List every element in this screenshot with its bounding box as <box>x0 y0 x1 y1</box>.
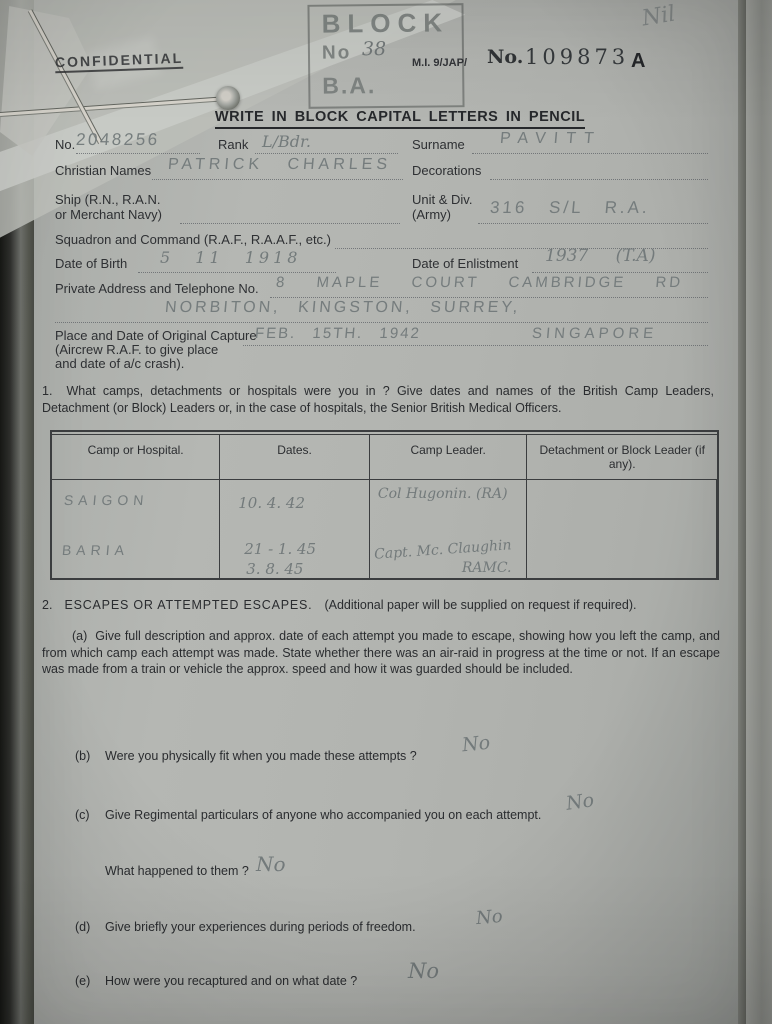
item-e-label: (e) <box>75 973 90 990</box>
fill-line <box>270 296 708 298</box>
reference-no-label: No. <box>487 46 523 68</box>
item-d-answer: No <box>475 906 503 929</box>
leader-entry: Capt. Mc. Claughin <box>373 537 511 563</box>
column-header-camp: Camp or Hospital. <box>52 435 220 480</box>
camp-entry: SAIGON <box>63 492 149 508</box>
fill-line <box>532 271 708 273</box>
cell-camp-or-hospital: SAIGON BARIA <box>52 480 220 578</box>
capture-date-value: FEB. 15TH. 1942 <box>254 325 421 342</box>
table-grid: Camp or Hospital. Dates. Camp Leader. De… <box>52 435 717 578</box>
block-stamp-word: BLOCK <box>322 7 450 39</box>
question2-note: (Additional paper will be supplied on re… <box>324 598 636 612</box>
question1-text: What camps, detachments or hospitals wer… <box>42 384 714 415</box>
item-b-label: (b) <box>75 748 90 765</box>
cell-camp-leader: Col Hugonin. (RA) Capt. Mc. Claughin RAM… <box>370 480 528 578</box>
capture-label-line1: Place and Date of Original Capture <box>55 328 257 343</box>
fill-line <box>255 152 398 154</box>
question2-number: 2. <box>42 598 52 612</box>
underlying-sheet <box>746 0 772 1024</box>
copy-letter: A <box>631 50 645 73</box>
fill-line <box>472 152 708 154</box>
unit-div-label-line1: Unit & Div. <box>412 192 472 207</box>
fill-line <box>180 222 400 224</box>
nil-annotation: Nil <box>640 2 677 32</box>
enlistment-value: 1937 (T.A) <box>545 246 655 266</box>
service-no-label: No. <box>55 137 75 152</box>
form-instruction-heading: WRITE IN BLOCK CAPITAL LETTERS IN PENCIL <box>190 108 610 129</box>
item-b-answer: No <box>461 732 491 757</box>
leader-entry-corps: RAMC. <box>462 560 512 576</box>
question1-number: 1. <box>42 384 52 398</box>
capture-place-value: SINGAPORE <box>531 325 658 342</box>
squadron-label: Squadron and Command (R.A.F., R.A.A.F., … <box>55 232 331 247</box>
cell-detachment-leader <box>527 480 717 578</box>
address-label: Private Address and Telephone No. <box>55 281 259 296</box>
date-entry: 21 - 1. 45 <box>244 540 316 558</box>
christian-names-label: Christian Names <box>55 163 151 178</box>
ship-label-line2: or Merchant Navy) <box>55 207 162 222</box>
question1-paragraph: 1.What camps, detachments or hospitals w… <box>42 383 714 416</box>
unit-div-value: 316 S/L R.A. <box>489 198 651 218</box>
item-a-text: Give full description and approx. date o… <box>42 629 720 676</box>
column-header-detachment: Detachment or Block Leader (if any). <box>527 435 717 480</box>
item-e-answer: No <box>408 959 439 983</box>
fill-line <box>490 178 708 180</box>
christian-names-value: PATRICK CHARLES <box>167 156 392 174</box>
ship-label-line1: Ship (R.N., R.A.N. <box>55 192 160 207</box>
surname-value: PAVITT <box>499 130 602 148</box>
fill-line <box>243 344 708 346</box>
capture-label-line3: and date of a/c crash). <box>55 356 184 371</box>
fill-line <box>138 271 336 273</box>
capture-label-line2: (Aircrew R.A.F. to give place <box>55 342 218 357</box>
dob-value: 5 11 1918 <box>160 248 301 267</box>
rank-label: Rank <box>218 137 248 152</box>
camps-table: Camp or Hospital. Dates. Camp Leader. De… <box>50 430 719 580</box>
item-e-text: How were you recaptured and on what date… <box>105 973 357 990</box>
item-c-label: (c) <box>75 807 90 824</box>
block-stamp-no-label: No <box>322 42 352 64</box>
fill-line <box>478 222 708 224</box>
date-entry: 10. 4. 42 <box>238 494 305 512</box>
fill-line <box>76 152 200 154</box>
item-a-paragraph: (a)Give full description and approx. dat… <box>42 628 720 678</box>
document-photo: CONFIDENTIAL BLOCK No 38 B.A. M.I. 9/JAP… <box>0 0 772 1024</box>
fill-line <box>152 178 403 180</box>
service-no-value: 2048256 <box>75 130 160 150</box>
column-header-dates: Dates. <box>220 435 370 480</box>
item-d-label: (d) <box>75 919 90 936</box>
mi9-department-label: M.I. 9/JAP/ <box>412 57 467 69</box>
unit-div-label-line2: (Army) <box>412 207 451 222</box>
address-value-line1: 8 MAPLE COURT CAMBRIDGE RD <box>275 274 684 291</box>
item-a-label: (a) <box>72 629 87 643</box>
enlistment-label: Date of Enlistment <box>412 256 518 271</box>
address-value-line2: NORBITON, KINGSTON, SURREY, <box>164 299 521 317</box>
question2-heading: 2.ESCAPES OR ATTEMPTED ESCAPES.(Addition… <box>42 597 720 614</box>
leader-entry: Col Hugonin. (RA) <box>378 486 508 502</box>
item-c-followup-text: What happened to them ? <box>105 863 249 880</box>
camp-entry: BARIA <box>61 542 129 558</box>
block-number-stamp: BLOCK No 38 B.A. <box>307 3 464 109</box>
block-stamp-ba: B.A. <box>322 72 376 100</box>
decorations-label: Decorations <box>412 163 481 178</box>
question2-title: ESCAPES OR ATTEMPTED ESCAPES. <box>64 598 312 612</box>
item-c-answer: No <box>565 789 596 815</box>
date-entry: 3. 8. 45 <box>246 560 303 578</box>
surname-label: Surname <box>412 137 465 152</box>
item-b-text: Were you physically fit when you made th… <box>105 748 417 765</box>
item-c-followup-answer: No <box>256 852 286 876</box>
reference-number: 109873 <box>525 45 629 69</box>
item-d-text: Give briefly your experiences during per… <box>105 919 416 936</box>
eyelet-grommet <box>216 86 240 110</box>
form-instruction-text: WRITE IN BLOCK CAPITAL LETTERS IN PENCIL <box>215 109 585 129</box>
dob-label: Date of Birth <box>55 256 127 271</box>
fill-line <box>55 321 708 323</box>
block-stamp-number-handwritten: 38 <box>362 38 386 60</box>
item-c-text: Give Regimental particulars of anyone wh… <box>105 807 541 824</box>
cell-dates: 10. 4. 42 21 - 1. 45 3. 8. 45 <box>220 480 370 578</box>
rank-value: L/Bdr. <box>262 132 311 151</box>
column-header-leader: Camp Leader. <box>370 435 528 480</box>
